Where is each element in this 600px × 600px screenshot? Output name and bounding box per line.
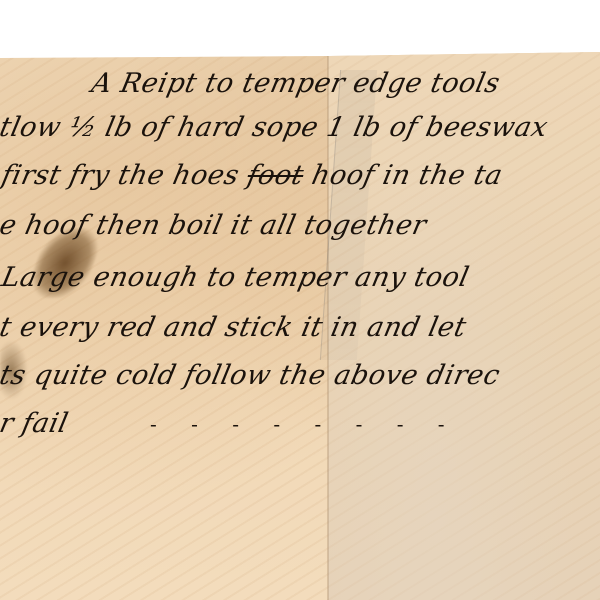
recipe-line-5: t every red and stick it in and let [0,312,469,343]
recipe-line-1: tlow ½ lb of hard sope 1 lb of beeswax [0,112,551,143]
struck-word: foot [245,160,307,191]
recipe-line-2-end: hoof in the ta [300,160,506,191]
recipe-line-3: e hoof then boil it all together [0,210,429,241]
recipe-line-6: ts quite cold follow the above direc [0,360,503,391]
document-title: A Reipt to temper edge tools [89,68,503,99]
recipe-line-7: r fail [0,408,71,439]
recipe-line-4: Large enough to temper any tool [0,262,472,293]
recipe-line-2-start: first fry the hoes [0,160,251,191]
recipe-line-2: first fry the hoes foot hoof in the ta [0,160,505,191]
dash-trail: - - - - - - - - [150,412,459,436]
